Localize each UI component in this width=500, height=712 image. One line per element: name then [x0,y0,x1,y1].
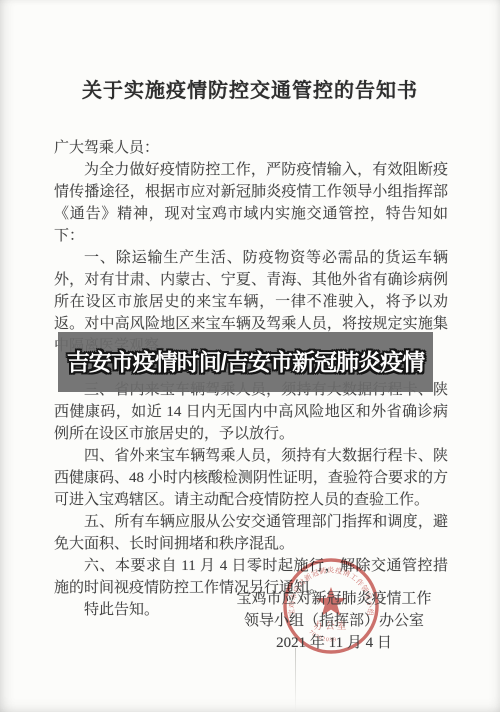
overlay-caption-text: 吉安市疫情时间/吉安市新冠肺炎疫情 [67,348,424,376]
signature-org-line1: 宝鸡市应对新冠肺炎疫情工作 [200,588,468,610]
notice-title: 关于实施疫情防控交通管控的告知书 [0,74,500,103]
notice-paragraph-intro: 为全力做好疫情防控工作，严防疫情输入，有效阻断疫情传播途径，根据市应对新冠肺炎疫… [54,159,448,247]
document-photo: 关于实施疫情防控交通管控的告知书 广大驾乘人员： 为全力做好疫情防控工作，严防疫… [0,0,500,712]
signature-org-line2: 领导小组（指挥部）办公室 [200,610,468,632]
overlay-caption-band: 吉安市疫情时间/吉安市新冠肺炎疫情 [58,332,433,392]
paper-crease-line [295,648,296,712]
salutation: 广大驾乘人员： [54,137,448,159]
notice-paragraph-5: 五、所有车辆应服从公安交通管理部门指挥和调度，避免大面积、长时间拥堵和秩序混乱。 [54,511,448,555]
signature-date: 2021 年 11 月 4 日 [200,632,468,654]
signature-block: 宝鸡市应对新冠肺炎疫情工作 领导小组（指挥部）办公室 2021 年 11 月 4… [200,588,468,654]
notice-paragraph-4: 四、省外来宝车辆驾乘人员，须持有大数据行程卡、陕西健康码、48 小时内核酸检测阴… [54,445,448,511]
